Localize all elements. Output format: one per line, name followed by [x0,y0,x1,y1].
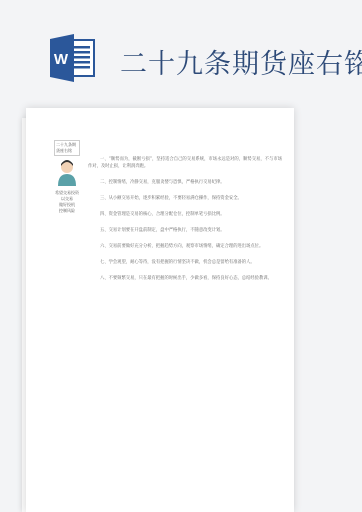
svg-text:W: W [54,51,69,68]
paragraph: 八、不要频繁交易，只在最有把握的时候出手，少做多看，保持良好心态，总结经验教训。 [88,275,282,282]
paragraph: 五、交易计划要在开盘前制定，盘中严格执行，不随意改变计划。 [88,227,282,234]
document-sidebar: 二十九条期货座右铭 希望交易投资 以交易 做好投机 控制风险 [54,140,80,214]
user-avatar-icon [56,158,78,186]
paragraph: 三、从小额交易开始，逐步积累经验，不要轻易满仓操作，保持资金安全。 [88,195,282,202]
paragraph: 六、交易前要做好充分分析，把握趋势方向，观察市场情绪，确定合理的进出场点位。 [88,243,282,250]
word-document-icon: W [50,34,96,82]
paragraph: 四、资金管理是交易的核心，合理分配仓位，控制单笔亏损比例。 [88,211,282,218]
avatar-caption-4: 控制风险 [54,208,80,214]
document-body: 一、“顺势而为，截断亏损”，坚持适合自己的交易系统，市场永远是对的，顺势交易，不… [88,152,282,291]
header: W 二十九条期货座右铭 [0,0,362,100]
paragraph: 七、学会观望，耐心等待，没有把握的行情坚决不做，机会总是留给有准备的人。 [88,259,282,266]
sidebar-tag: 二十九条期货座右铭 [54,140,80,156]
document-title: 二十九条期货座右铭 [120,42,362,81]
paragraph: 二、控制情绪，冷静交易，克服贪婪与恐惧，严格执行交易纪律。 [88,179,282,186]
document-page-preview: 二十九条期货座右铭 希望交易投资 以交易 做好投机 控制风险 一、“顺势而为，截… [26,108,294,512]
paragraph: 一、“顺势而为，截断亏损”，坚持适合自己的交易系统，市场永远是对的，顺势交易，不… [88,156,282,170]
